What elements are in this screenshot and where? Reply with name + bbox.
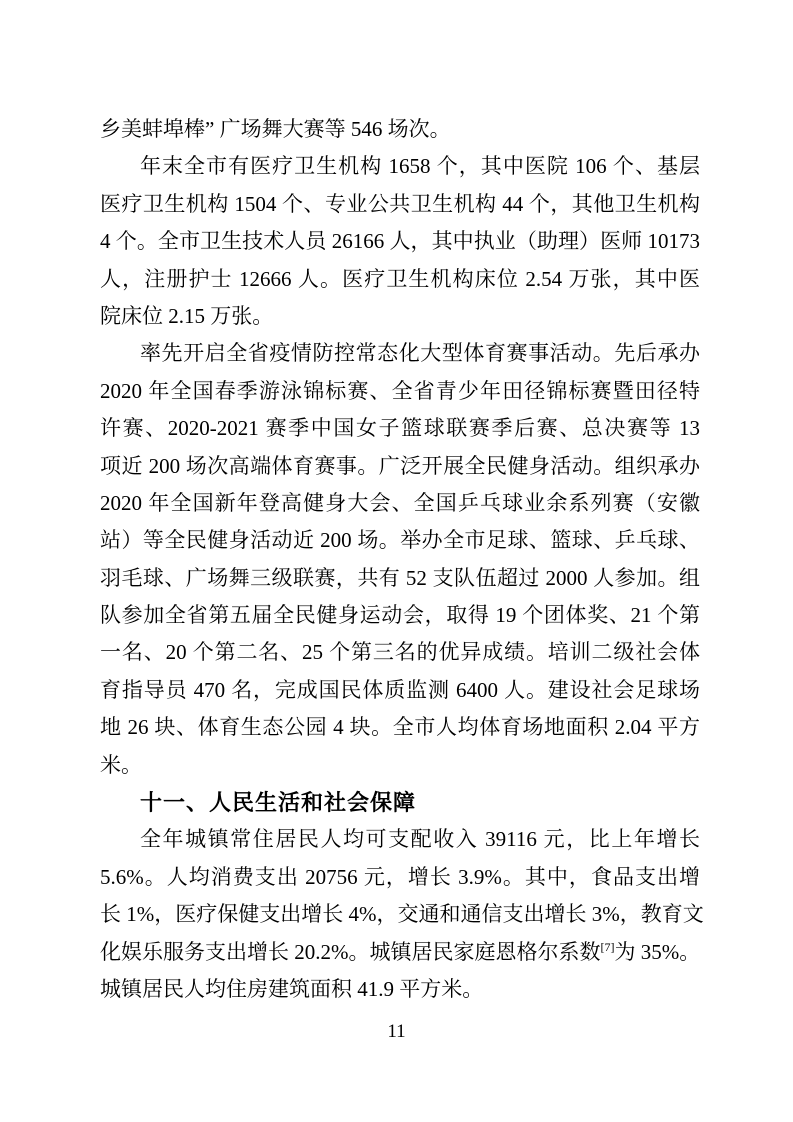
text-line: 年末全市有医疗卫生机构 1658 个，其中医院 106 个、基层 bbox=[100, 148, 700, 185]
text-segment: 化娱乐服务支出增长 20.2%。城镇居民家庭恩格尔系数 bbox=[100, 940, 601, 964]
footnote-ref: [7] bbox=[601, 940, 615, 954]
text-line: 一名、20 个第二名、25 个第三名的优异成绩。培训二级社会体 bbox=[100, 634, 700, 671]
section-heading: 十一、人民生活和社会保障 bbox=[100, 784, 700, 821]
page-number: 11 bbox=[0, 1020, 793, 1044]
text-line: 米。 bbox=[100, 747, 700, 784]
text-line: 队参加全省第五届全民健身运动会，取得 19 个团体奖、21 个第 bbox=[100, 597, 700, 634]
text-line: 乡美蚌埠棒” 广场舞大赛等 546 场次。 bbox=[100, 111, 700, 148]
text-line: 项近 200 场次高端体育赛事。广泛开展全民健身活动。组织承办 bbox=[100, 448, 700, 485]
body-text: 乡美蚌埠棒” 广场舞大赛等 546 场次。 年末全市有医疗卫生机构 1658 个… bbox=[100, 111, 700, 1008]
text-line: 羽毛球、广场舞三级联赛，共有 52 支队伍超过 2000 人参加。组 bbox=[100, 560, 700, 597]
text-line: 2020 年全国新年登高健身大会、全国乒乓球业余系列赛（安徽 bbox=[100, 485, 700, 522]
document-page: 乡美蚌埠棒” 广场舞大赛等 546 场次。 年末全市有医疗卫生机构 1658 个… bbox=[0, 0, 793, 1122]
text-line: 人，注册护士 12666 人。医疗卫生机构床位 2.54 万张，其中医 bbox=[100, 261, 700, 298]
text-line: 长 1%，医疗保健支出增长 4%，交通和通信支出增长 3%，教育文 bbox=[100, 896, 700, 933]
text-line: 率先开启全省疫情防控常态化大型体育赛事活动。先后承办 bbox=[100, 335, 700, 372]
text-line: 全年城镇常住居民人均可支配收入 39116 元，比上年增长 bbox=[100, 821, 700, 858]
text-segment: 为 35%。 bbox=[615, 940, 701, 964]
text-line: 城镇居民人均住房建筑面积 41.9 平方米。 bbox=[100, 971, 700, 1008]
text-line: 地 26 块、体育生态公园 4 块。全市人均体育场地面积 2.04 平方 bbox=[100, 709, 700, 746]
text-line: 4 个。全市卫生技术人员 26166 人，其中执业（助理）医师 10173 bbox=[100, 223, 700, 260]
text-line: 医疗卫生机构 1504 个、专业公共卫生机构 44 个，其他卫生机构 bbox=[100, 186, 700, 223]
text-line: 许赛、2020-2021 赛季中国女子篮球联赛季后赛、总决赛等 13 bbox=[100, 410, 700, 447]
text-line: 2020 年全国春季游泳锦标赛、全省青少年田径锦标赛暨田径特 bbox=[100, 373, 700, 410]
text-line: 院床位 2.15 万张。 bbox=[100, 298, 700, 335]
text-line: 育指导员 470 名，完成国民体质监测 6400 人。建设社会足球场 bbox=[100, 672, 700, 709]
text-line: 化娱乐服务支出增长 20.2%。城镇居民家庭恩格尔系数[7]为 35%。 bbox=[100, 934, 700, 971]
text-line: 5.6%。人均消费支出 20756 元，增长 3.9%。其中，食品支出增 bbox=[100, 859, 700, 896]
text-line: 站）等全民健身活动近 200 场。举办全市足球、篮球、乒乓球、 bbox=[100, 522, 700, 559]
